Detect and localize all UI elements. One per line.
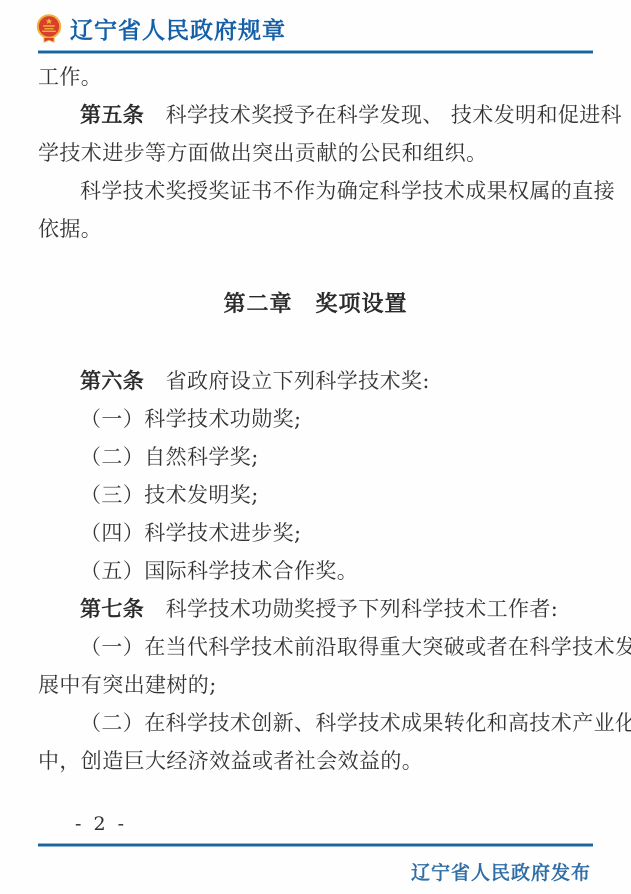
text-line: （一）科学技术功勋奖; [38, 400, 593, 438]
text-line: 学技术进步等方面做出突出贡献的公民和组织。 [38, 134, 593, 172]
page-number: - 2 - [38, 805, 593, 843]
text-segment: 学技术进步等方面做出突出贡献的公民和组织。 [38, 141, 487, 165]
text-line: （四）科学技术进步奖; [38, 514, 593, 552]
text-line: （一）在当代科学技术前沿取得重大突破或者在科学技术发 [38, 628, 593, 666]
text-line: （二）自然科学奖; [38, 438, 593, 476]
document-body: 工作。第五条 科学技术奖授予在科学发现、 技术发明和促进科学技术进步等方面做出突… [0, 54, 631, 780]
text-segment: （二）自然科学奖; [80, 445, 259, 469]
text-segment: （二）在科学技术创新、科学技术成果转化和高技术产业化 [80, 711, 631, 735]
article-number: 第六条 [80, 369, 144, 393]
text-segment: （三）技术发明奖; [80, 483, 259, 507]
text-segment: 工作。 [38, 65, 102, 89]
text-segment: 中，创造巨大经济效益或者社会效益的。 [38, 749, 423, 773]
text-line: 第六条 省政府设立下列科学技术奖: [38, 362, 593, 400]
text-segment: 科学技术奖授予在科学发现、 技术发明和促进科 [144, 103, 622, 127]
text-line: 依据。 [38, 210, 593, 248]
text-line: 第五条 科学技术奖授予在科学发现、 技术发明和促进科 [38, 96, 593, 134]
article-number: 第七条 [80, 597, 144, 621]
text-segment: （一）科学技术功勋奖; [80, 407, 301, 431]
text-segment: 科学技术功勋奖授予下列科学技术工作者: [144, 597, 558, 621]
footer-rule [38, 843, 593, 847]
text-segment: （四）科学技术进步奖; [80, 521, 301, 545]
text-line: （五）国际科学技术合作奖。 [38, 552, 593, 590]
page-title: 辽宁省人民政府规章 [70, 12, 286, 45]
text-line: （二）在科学技术创新、科学技术成果转化和高技术产业化 [38, 704, 593, 742]
publisher-label: 辽宁省人民政府发布 [38, 860, 591, 886]
text-segment: 依据。 [38, 217, 102, 241]
text-line: 展中有突出建树的; [38, 666, 593, 704]
text-line: 工作。 [38, 58, 593, 96]
document-page: 辽宁省人民政府规章 工作。第五条 科学技术奖授予在科学发现、 技术发明和促进科学… [0, 0, 631, 894]
text-line: 科学技术奖授奖证书不作为确定科学技术成果权属的直接 [38, 172, 593, 210]
text-segment: 展中有突出建树的; [38, 673, 217, 697]
text-line: 第七条 科学技术功勋奖授予下列科学技术工作者: [38, 590, 593, 628]
blank-line [38, 324, 593, 362]
page-header: 辽宁省人民政府规章 [0, 0, 631, 50]
text-segment: （五）国际科学技术合作奖。 [80, 559, 358, 583]
text-line: 中，创造巨大经济效益或者社会效益的。 [38, 742, 593, 780]
text-line: （三）技术发明奖; [38, 476, 593, 514]
text-segment: 省政府设立下列科学技术奖: [144, 369, 430, 393]
blank-line [38, 248, 593, 286]
china-national-emblem-icon [35, 13, 63, 43]
text-segment: （一）在当代科学技术前沿取得重大突破或者在科学技术发 [80, 635, 631, 659]
text-segment: 科学技术奖授奖证书不作为确定科学技术成果权属的直接 [80, 179, 615, 203]
chapter-heading: 第二章 奖项设置 [38, 286, 593, 324]
article-number: 第五条 [80, 103, 144, 127]
